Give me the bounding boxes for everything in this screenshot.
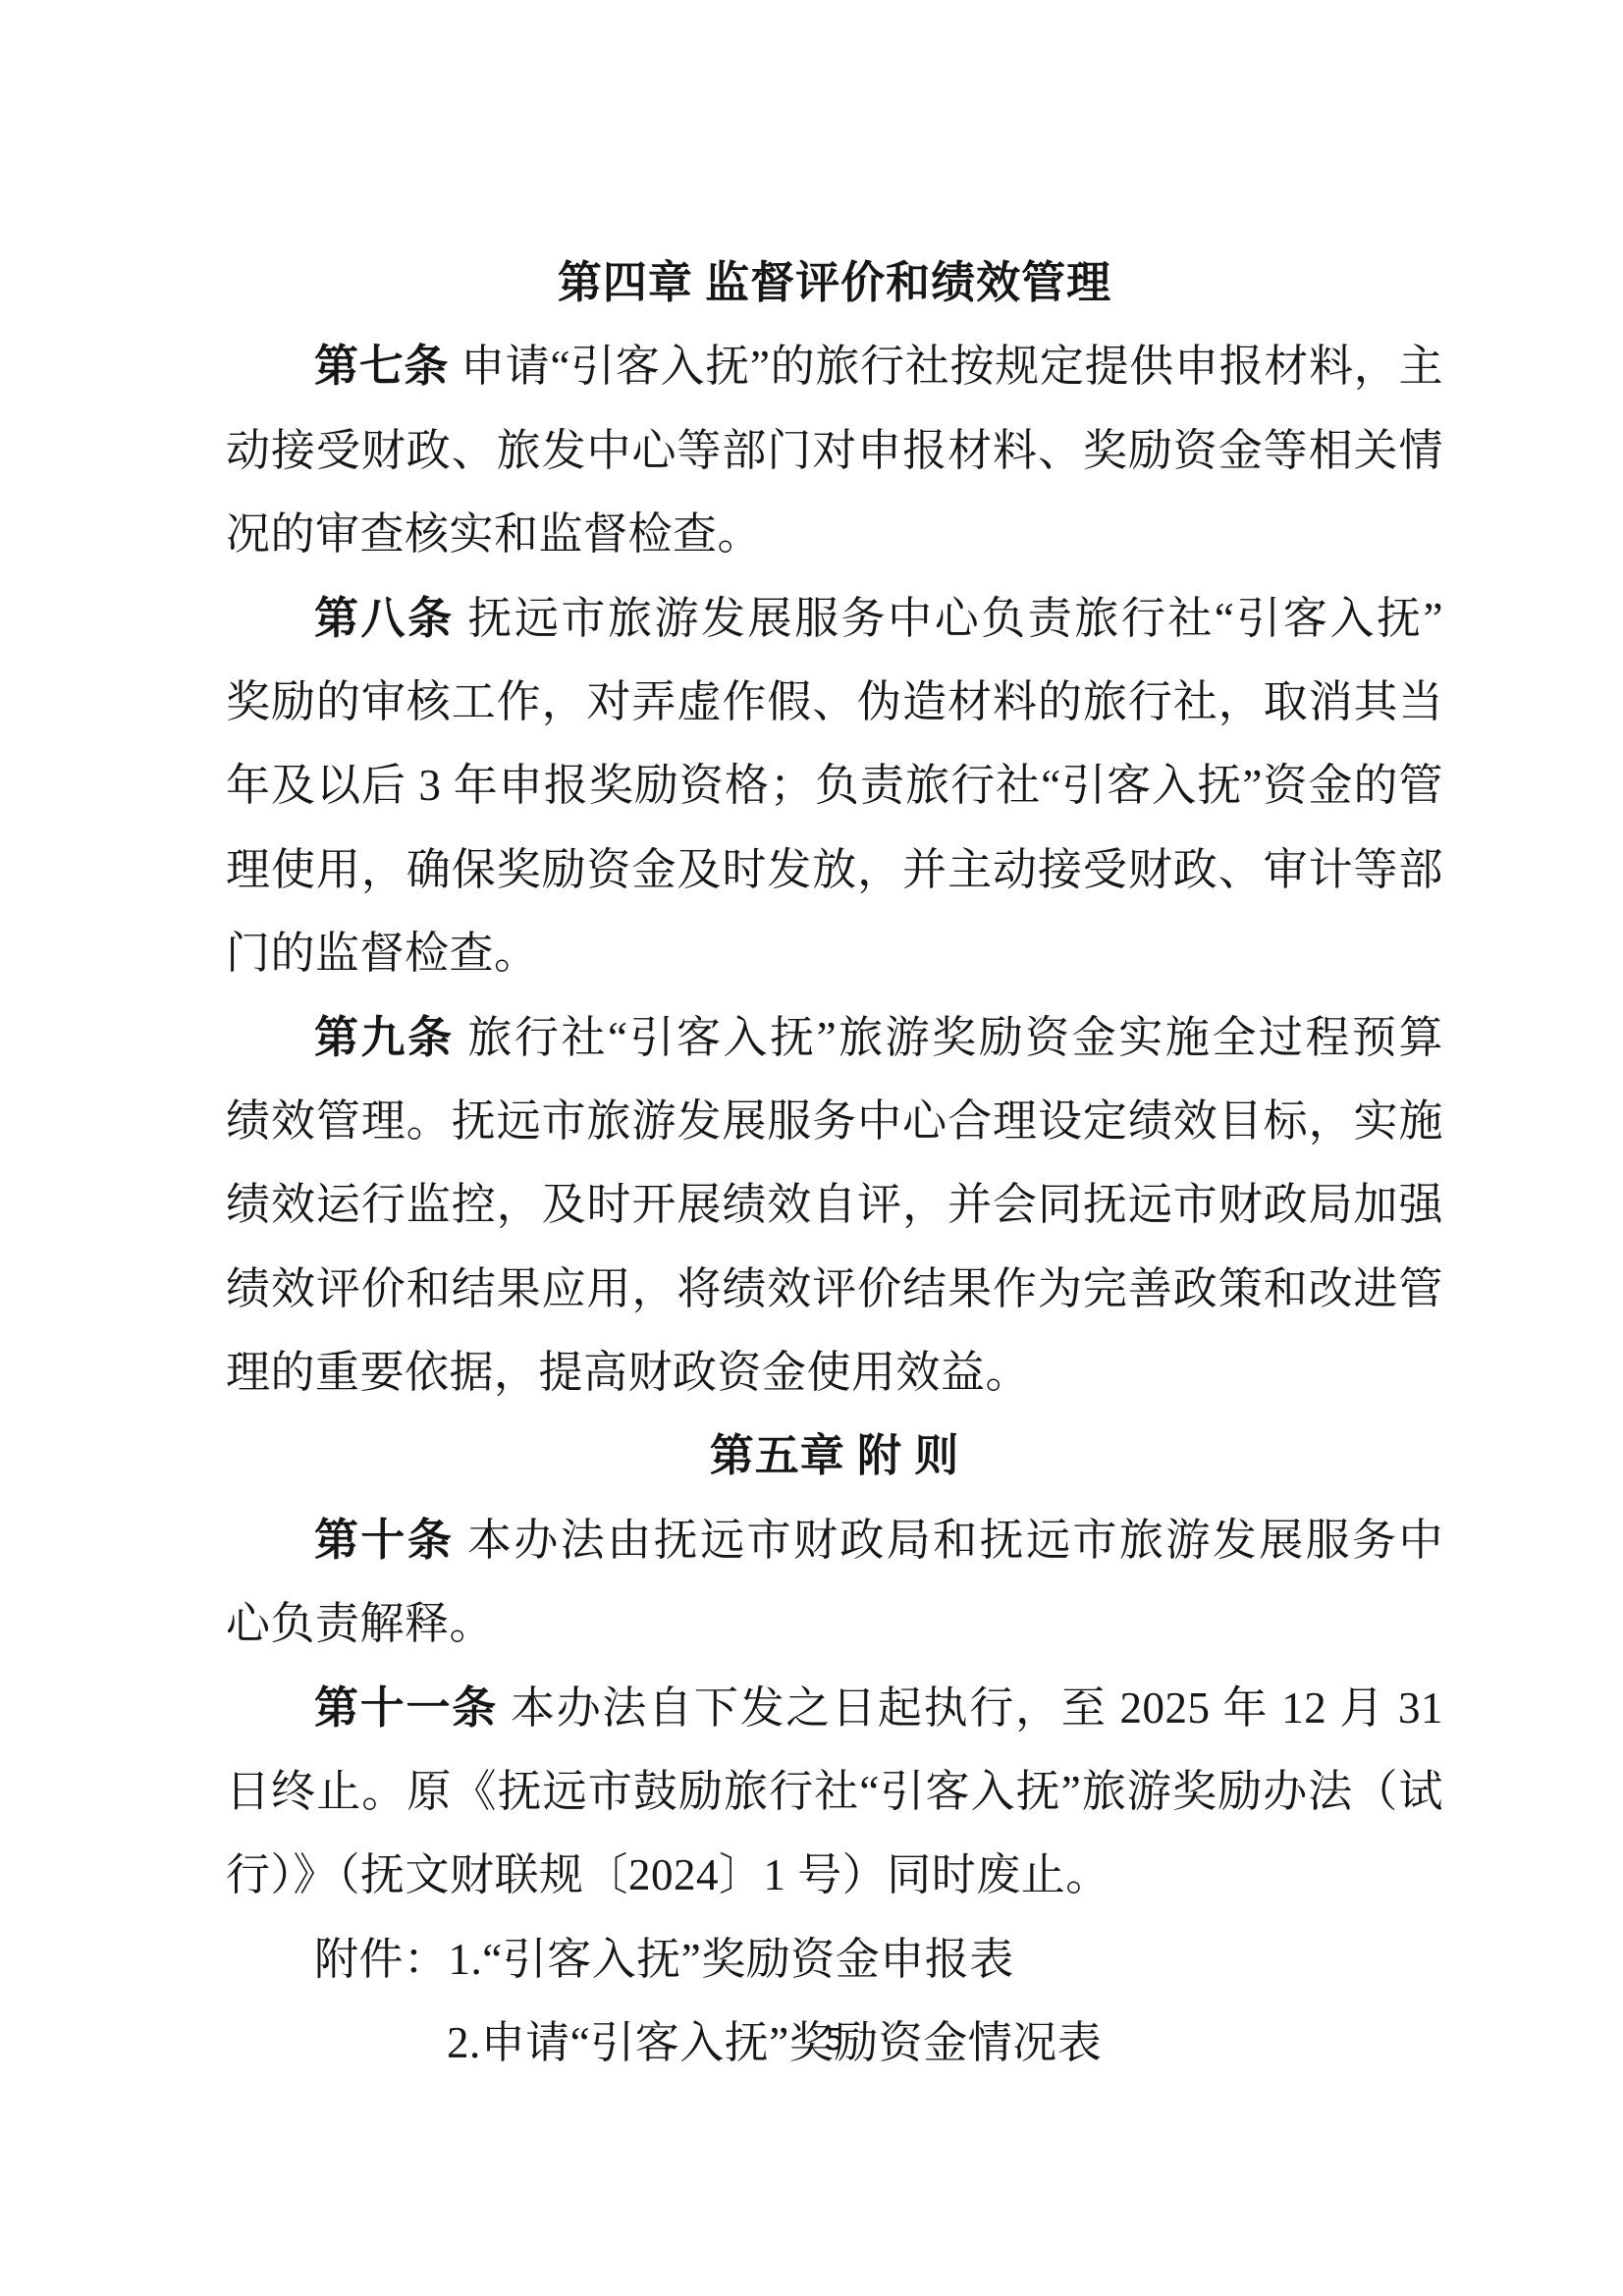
line-text: 本办法由抚远市财政局和抚远市旅游发展服务中 (454, 1516, 1443, 1565)
article8-line3: 年及以后 3 年申报奖励资格；负责旅行社“引客入抚”资金的管 (226, 744, 1443, 828)
article8-line4: 理使用，确保奖励资金及时发放，并主动接受财政、审计等部 (226, 828, 1443, 912)
article7-line1: 第七条 申请“引客入抚”的旅行社按规定提供申报材料，主 (226, 325, 1443, 408)
article9-line3: 绩效运行监控，及时开展绩效自评，并会同抚远市财政局加强 (226, 1163, 1443, 1247)
page-number: 5 (226, 2020, 1443, 2061)
article10-label: 第十条 (314, 1516, 454, 1565)
line-text: 奖励的审核工作，对弄虚作假、伪造材料的旅行社，取消其当 (226, 677, 1443, 726)
line-text: 行）》（抚文财联规〔2024〕1 号）同时废止。 (226, 1850, 1110, 1899)
article7-label: 第七条 (314, 342, 449, 391)
line-text: 绩效运行监控，及时开展绩效自评，并会同抚远市财政局加强 (226, 1180, 1443, 1229)
article8-line2: 奖励的审核工作，对弄虚作假、伪造材料的旅行社，取消其当 (226, 661, 1443, 744)
line-text: 附件：1.“引客入抚”奖励资金申报表 (314, 1935, 1014, 1984)
line-text: 况的审查核实和监督检查。 (226, 509, 762, 559)
article8-line1: 第八条 抚远市旅游发展服务中心负责旅行社“引客入抚” (226, 577, 1443, 661)
article9-line5: 理的重要依据，提高财政资金使用效益。 (226, 1331, 1443, 1415)
line-text: 旅行社“引客入抚”旅游奖励资金实施全过程预算 (455, 1013, 1443, 1062)
article9-label: 第九条 (314, 1013, 455, 1062)
chapter4-heading: 第四章 监督评价和绩效管理 (226, 241, 1443, 325)
document-body: 第四章 监督评价和绩效管理 第七条 申请“引客入抚”的旅行社按规定提供申报材料，… (226, 241, 1443, 2086)
article8-line5: 门的监督检查。 (226, 912, 1443, 995)
line-text: 日终止。原《抚远市鼓励旅行社“引客入抚”旅游奖励办法（试 (226, 1767, 1443, 1816)
article10-line1: 第十条 本办法由抚远市财政局和抚远市旅游发展服务中 (226, 1499, 1443, 1582)
line-text: 绩效管理。抚远市旅游发展服务中心合理设定绩效目标，实施 (226, 1096, 1443, 1146)
chapter5-heading: 第五章 附 则 (226, 1415, 1443, 1498)
article11-label: 第十一条 (314, 1683, 498, 1733)
line-text: 申请“引客入抚”的旅行社按规定提供申报材料，主 (449, 342, 1443, 391)
line-text: 动接受财政、旅发中心等部门对申报材料、奖励资金等相关情 (226, 426, 1443, 475)
line-text: 理的重要依据，提高财政资金使用效益。 (226, 1348, 1030, 1397)
article11-line2: 日终止。原《抚远市鼓励旅行社“引客入抚”旅游奖励办法（试 (226, 1750, 1443, 1834)
line-text: 绩效评价和结果应用，将绩效评价结果作为完善政策和改进管 (226, 1264, 1443, 1313)
document-page: 第四章 监督评价和绩效管理 第七条 申请“引客入抚”的旅行社按规定提供申报材料，… (0, 0, 1623, 2296)
line-text: 心负责解释。 (226, 1599, 494, 1648)
article9-line4: 绩效评价和结果应用，将绩效评价结果作为完善政策和改进管 (226, 1248, 1443, 1331)
article10-line2: 心负责解释。 (226, 1582, 1443, 1666)
attachment-line1: 附件：1.“引客入抚”奖励资金申报表 (226, 1918, 1443, 2002)
article9-line1: 第九条 旅行社“引客入抚”旅游奖励资金实施全过程预算 (226, 996, 1443, 1080)
line-text: 门的监督检查。 (226, 929, 539, 978)
line-text: 抚远市旅游发展服务中心负责旅行社“引客入抚” (455, 594, 1443, 643)
article9-line2: 绩效管理。抚远市旅游发展服务中心合理设定绩效目标，实施 (226, 1080, 1443, 1163)
article11-line3: 行）》（抚文财联规〔2024〕1 号）同时废止。 (226, 1834, 1443, 1917)
article7-line2: 动接受财政、旅发中心等部门对申报材料、奖励资金等相关情 (226, 409, 1443, 493)
article8-label: 第八条 (314, 594, 455, 643)
article7-line3: 况的审查核实和监督检查。 (226, 493, 1443, 576)
line-text: 理使用，确保奖励资金及时发放，并主动接受财政、审计等部 (226, 845, 1443, 894)
article11-line1: 第十一条 本办法自下发之日起执行，至 2025 年 12 月 31 (226, 1667, 1443, 1750)
line-text: 本办法自下发之日起执行，至 2025 年 12 月 31 (498, 1683, 1443, 1733)
line-text: 年及以后 3 年申报奖励资格；负责旅行社“引客入抚”资金的管 (226, 761, 1443, 810)
